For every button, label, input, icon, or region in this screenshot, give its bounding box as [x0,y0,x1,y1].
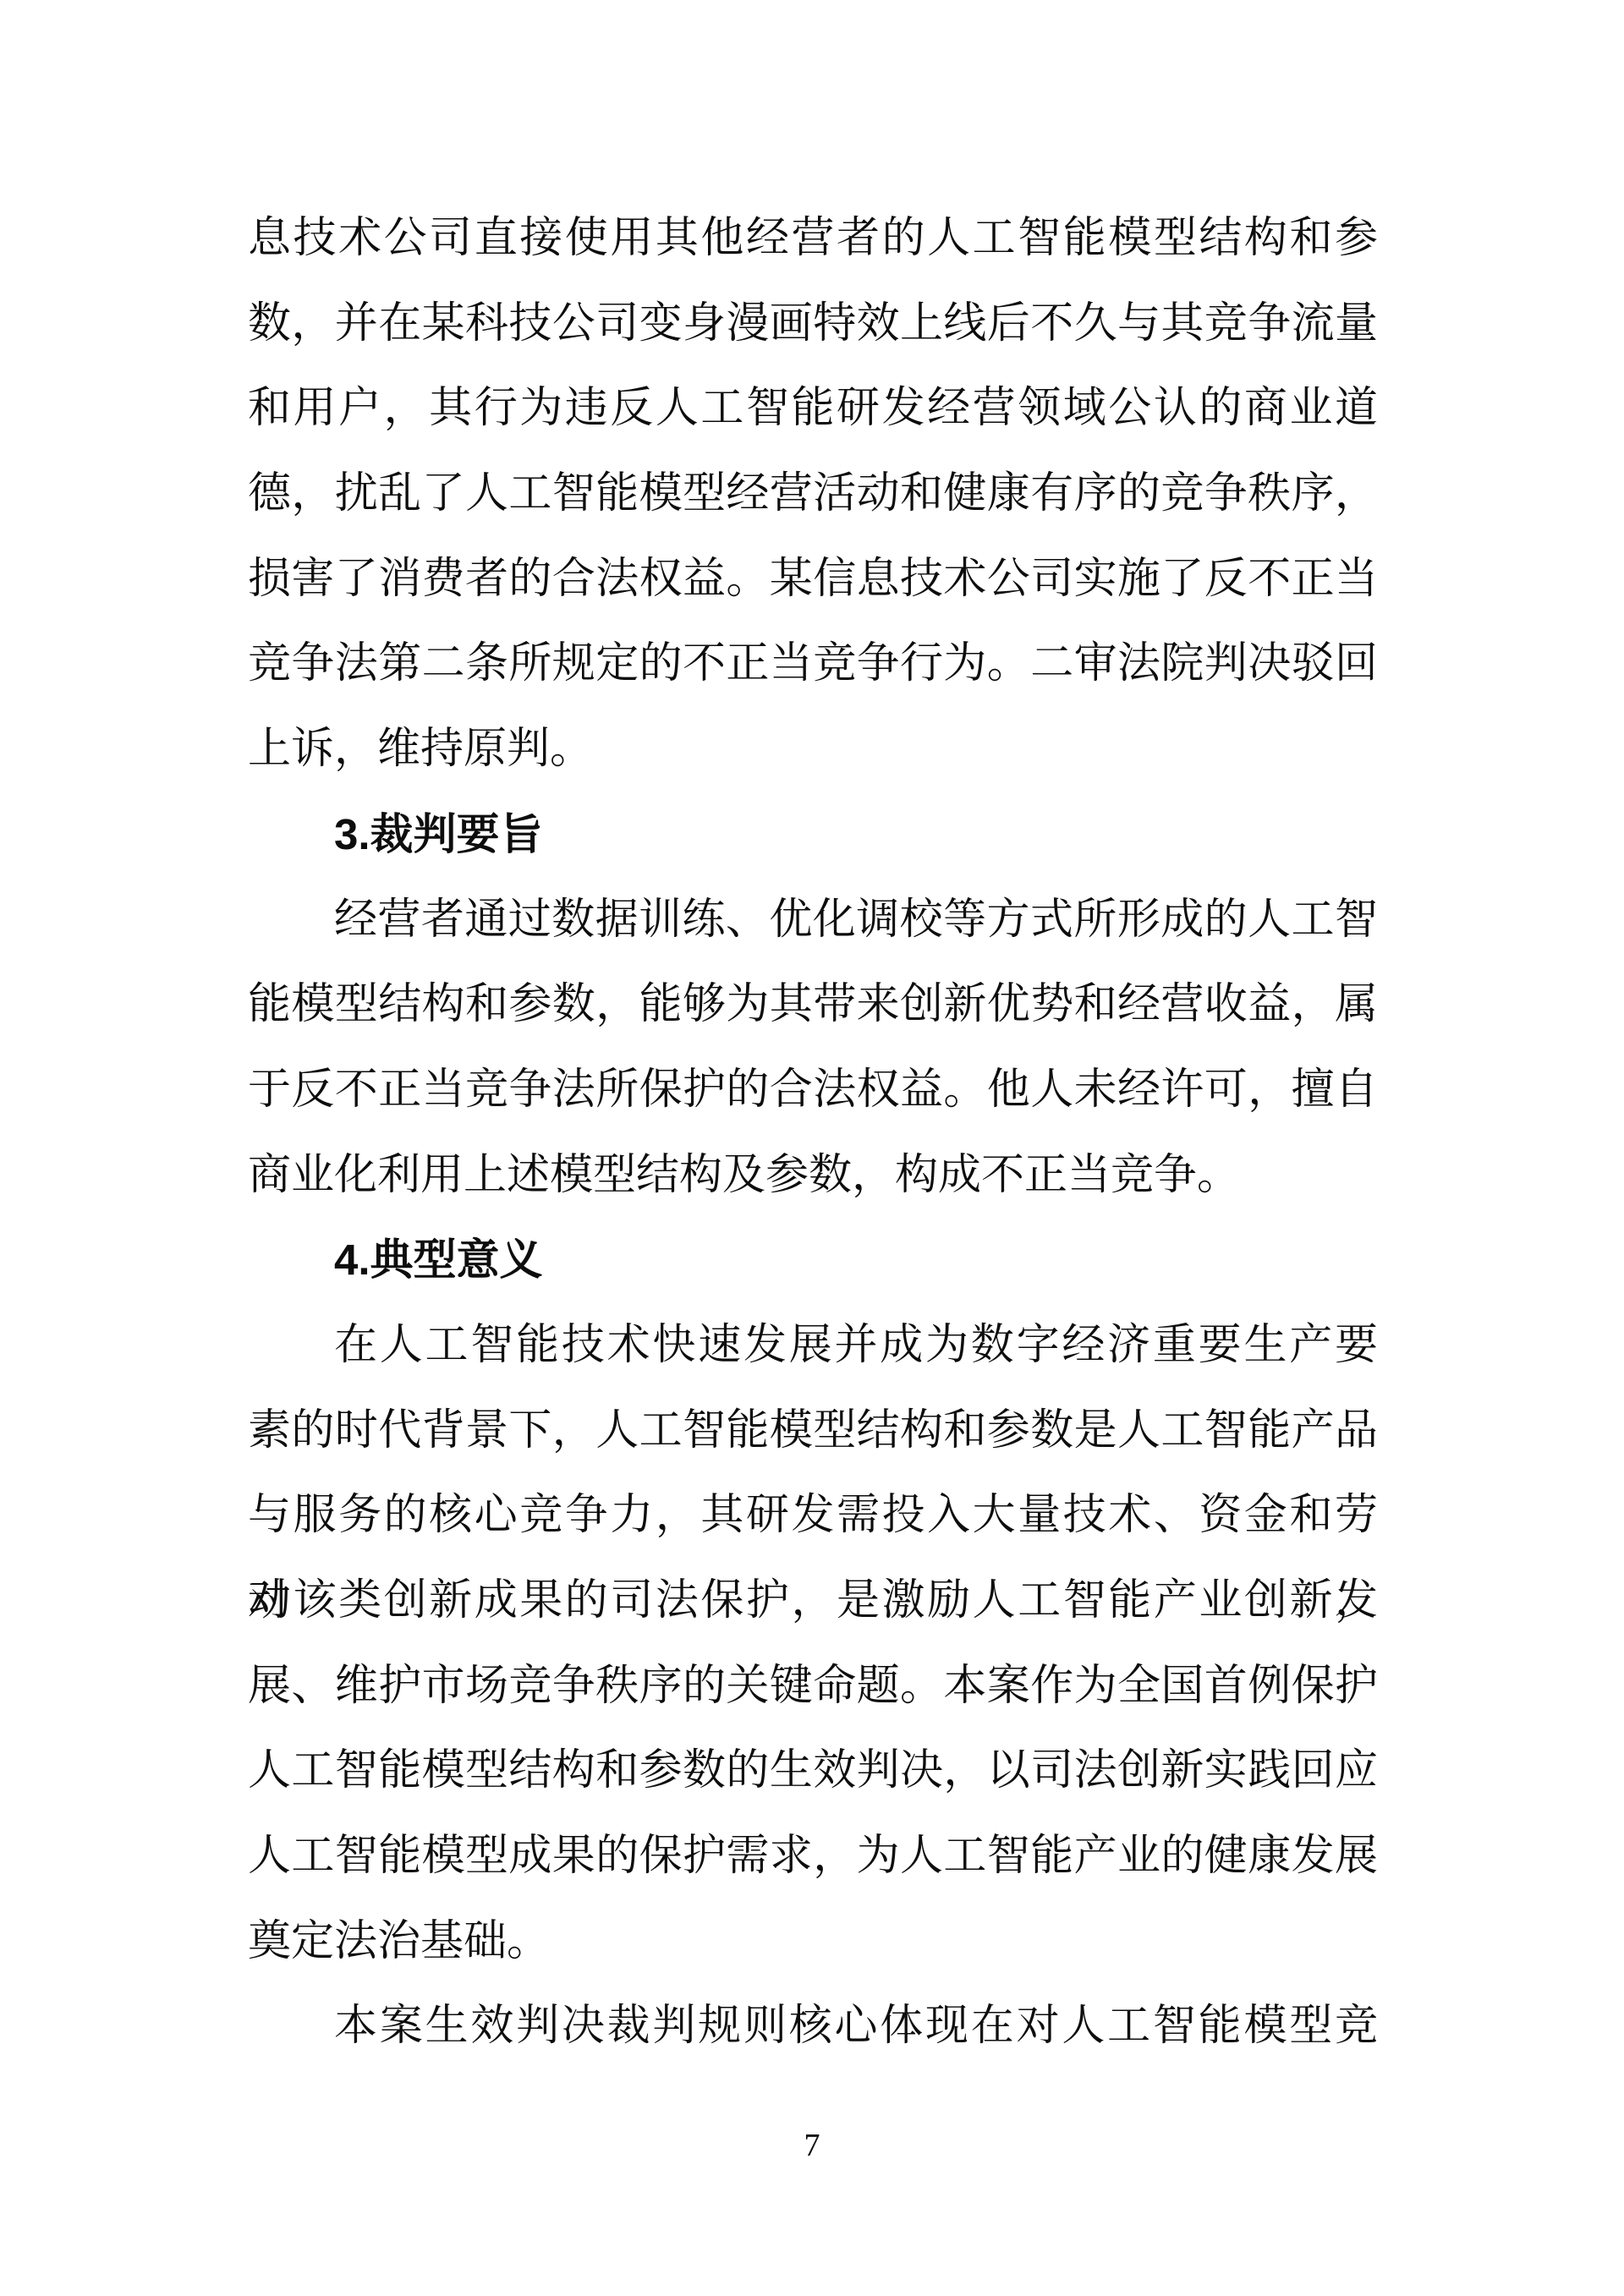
text-line: 数，并在某科技公司变身漫画特效上线后不久与其竞争流量 [248,282,1378,367]
page-footer: 7 [0,2124,1624,2167]
document-page: 息技术公司直接使用其他经营者的人工智能模型结构和参 数，并在某科技公司变身漫画特… [0,0,1624,2296]
text-line: 竞争法第二条所规定的不正当竞争行为。二审法院判决驳回 [248,622,1378,707]
text-line: 在人工智能技术快速发展并成为数字经济重要生产要 [248,1303,1378,1389]
text-line: 展、维护市场竞争秩序的关键命题。本案作为全国首例保护 [248,1644,1378,1729]
text-line: 于反不正当竞争法所保护的合法权益。他人未经许可，擅自 [248,1048,1378,1133]
text-line: 与服务的核心竞争力，其研发需投入大量技术、资金和劳动， [248,1473,1378,1559]
text-line: 本案生效判决裁判规则核心体现在对人工智能模型竞 [248,1984,1378,2069]
text-line: 息技术公司直接使用其他经营者的人工智能模型结构和参 [248,196,1378,282]
section-4-heading: 4.典型意义 [248,1218,1378,1303]
section-3-heading: 3.裁判要旨 [248,792,1378,878]
text-line: 奠定法治基础。 [248,1899,1378,1985]
text-line: 上诉，维持原判。 [248,707,1378,792]
text-line: 和用户，其行为违反人工智能研发经营领域公认的商业道 [248,366,1378,452]
text-line: 素的时代背景下，人工智能模型结构和参数是人工智能产品 [248,1389,1378,1474]
text-line: 经营者通过数据训练、优化调校等方式所形成的人工智 [248,878,1378,963]
text-line: 人工智能模型成果的保护需求，为人工智能产业的健康发展 [248,1814,1378,1899]
text-line: 能模型结构和参数，能够为其带来创新优势和经营收益，属 [248,962,1378,1048]
page-number: 7 [804,2128,820,2163]
text-line: 德，扰乱了人工智能模型经营活动和健康有序的竞争秩序， [248,452,1378,537]
text-line: 人工智能模型结构和参数的生效判决，以司法创新实践回应 [248,1729,1378,1814]
text-line: 对该类创新成果的司法保护，是激励人工智能产业创新发 [248,1559,1378,1644]
text-line: 商业化利用上述模型结构及参数，构成不正当竞争。 [248,1133,1378,1219]
document-body: 息技术公司直接使用其他经营者的人工智能模型结构和参 数，并在某科技公司变身漫画特… [248,196,1378,2069]
text-line: 损害了消费者的合法权益。某信息技术公司实施了反不正当 [248,537,1378,622]
